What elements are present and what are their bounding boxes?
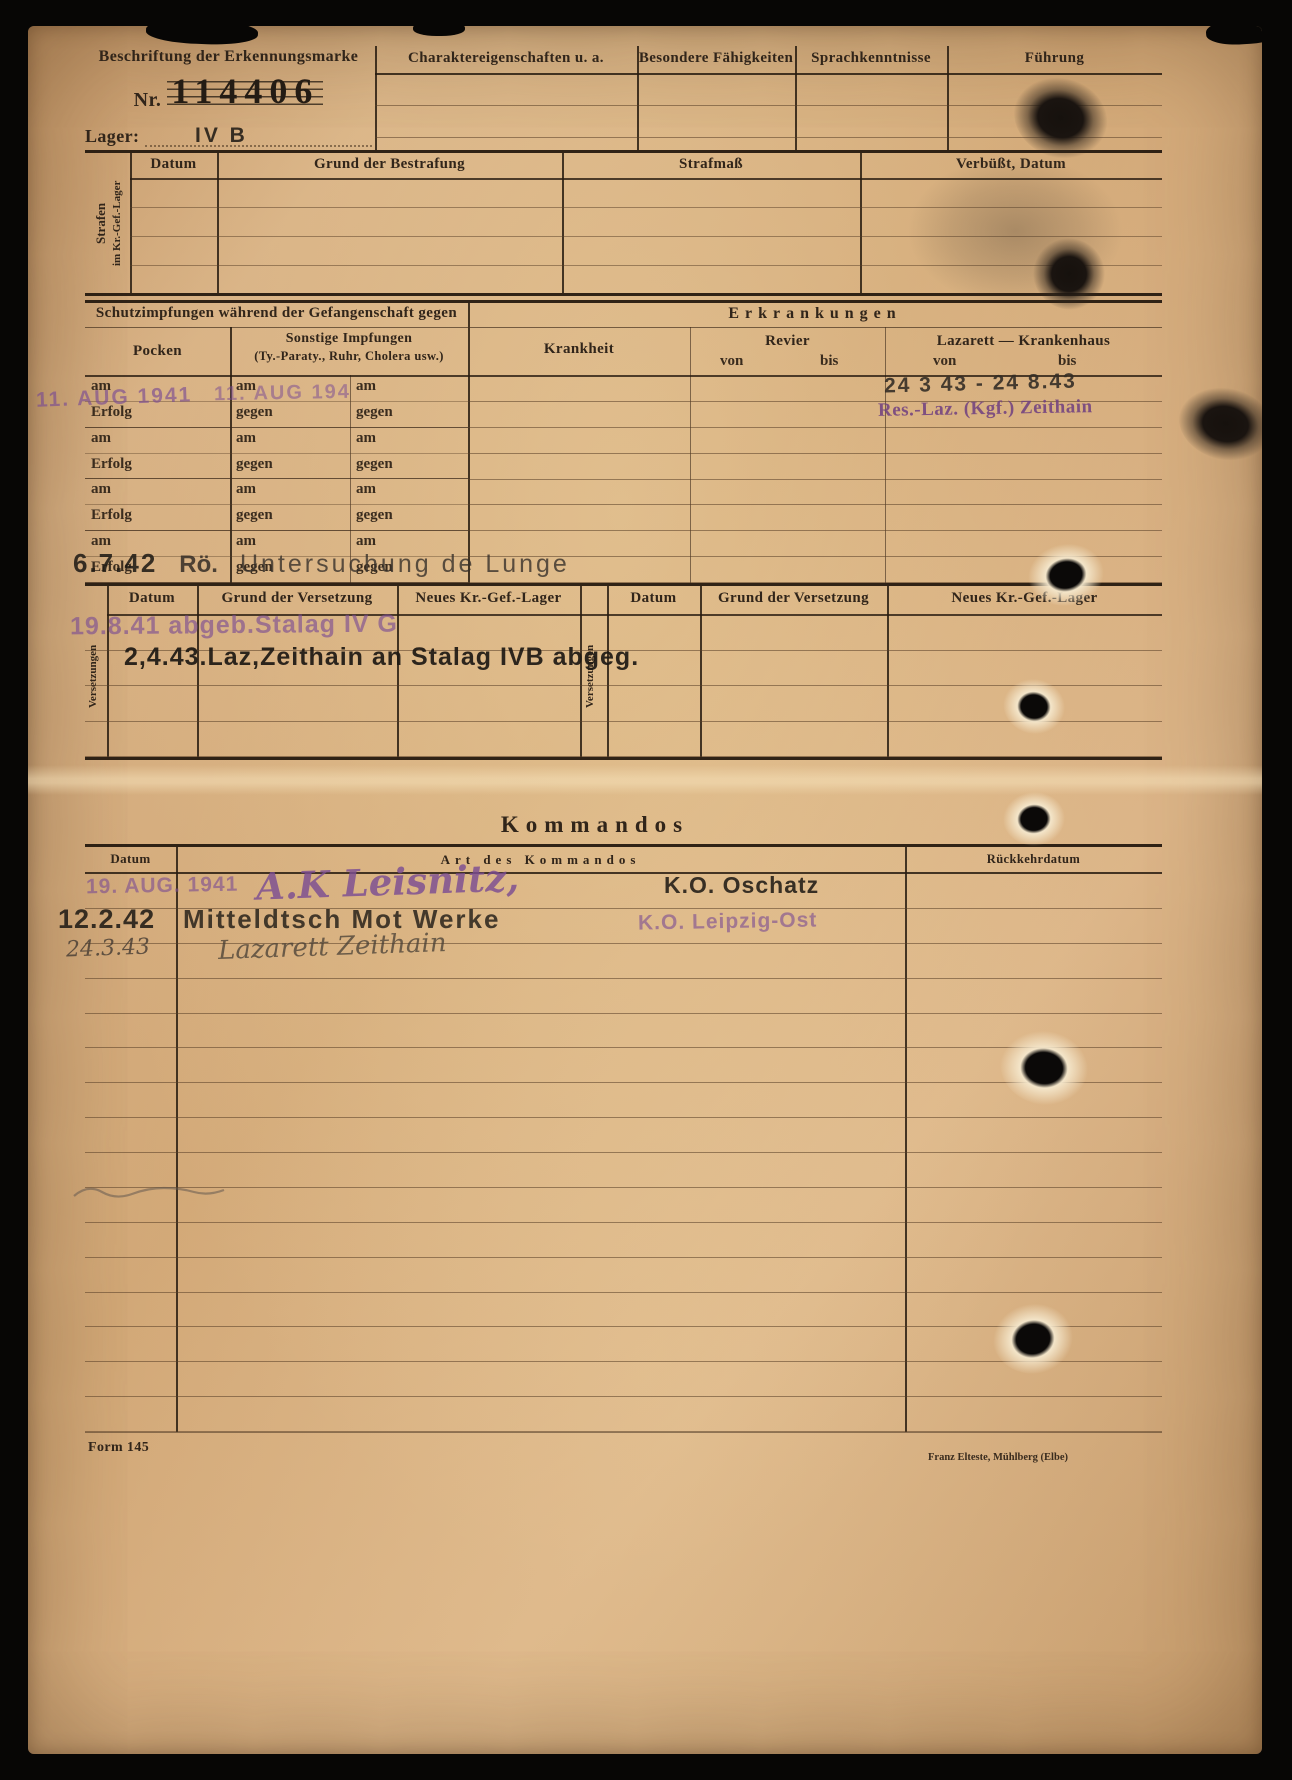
- empty-row: [85, 1153, 1162, 1188]
- revier-bis: bis: [820, 353, 838, 370]
- empty-row: [468, 428, 1162, 454]
- torn-edge-notch: [413, 26, 465, 36]
- empty-row: [85, 1188, 1162, 1223]
- tag-label: Beschriftung der Erkennungsmarke: [85, 48, 372, 66]
- camp-code-stamp: IV B: [195, 124, 248, 148]
- am-label: am: [91, 481, 111, 498]
- empty-row: [85, 1083, 1162, 1118]
- empty-row: [85, 686, 1162, 722]
- col-datum: Datum: [607, 590, 700, 607]
- col-grund-versetzung: Grund der Versetzung: [700, 590, 887, 607]
- col-fuehrung: Führung: [947, 50, 1162, 67]
- kommando-ko-1: K.O. Oschatz: [664, 872, 819, 899]
- pow-record-card: Beschriftung der Erkennungsmarke Nr. 114…: [28, 26, 1262, 1754]
- erkrankungen-table: Erkrankungen Krankheit Revier von bis La…: [468, 303, 1162, 583]
- pencil-scribble: [70, 1178, 230, 1208]
- col-neues-lager: Neues Kr.-Gef.-Lager: [397, 590, 580, 607]
- kommando-date-1: 19. AUG. 1941: [86, 873, 239, 900]
- col-datum: Datum: [85, 851, 176, 867]
- gegen-label: gegen: [236, 456, 273, 473]
- torn-edge-notch: [146, 26, 259, 46]
- impfungen-row-pair: am Erfolg am gegen am gegen: [85, 479, 468, 531]
- lazarett-bis: bis: [1058, 353, 1076, 370]
- impfungen-row-pair: am Erfolg am gegen am gegen: [85, 428, 468, 480]
- transfer-stamp-1941: 19.8.41 abgeb.Stalag IV G: [70, 610, 398, 642]
- gegen-label: gegen: [236, 404, 273, 421]
- kommando-date-3: 24.3.43: [66, 935, 151, 963]
- col-neues-lager: Neues Kr.-Gef.-Lager: [887, 590, 1162, 607]
- fold-crease: [28, 765, 1262, 795]
- lazarett-dates-entry: 24 3 43 - 24 8.43: [884, 369, 1077, 398]
- col-rueckkehrdatum: Rückkehrdatum: [905, 852, 1162, 867]
- transfer-entry-1943: 2,4.43.Laz,Zeithain an Stalag IVB abgeg.: [124, 643, 639, 672]
- col-grund-versetzung: Grund der Versetzung: [197, 590, 397, 607]
- empty-row: [85, 1258, 1162, 1293]
- col-besondere-faehigkeiten: Besondere Fähigkeiten: [637, 50, 795, 67]
- tag-header-box: Beschriftung der Erkennungsmarke Nr. 114…: [85, 48, 372, 150]
- am-label: am: [91, 430, 111, 447]
- torn-edge-notch: [1205, 26, 1262, 47]
- kommando-ko-2: K.O. Leipzig-Ost: [638, 908, 818, 935]
- xray-date: 6.7.42: [73, 548, 157, 579]
- empty-row: [85, 1362, 1162, 1397]
- col-strafmass: Strafmaß: [562, 156, 860, 173]
- tag-number: 114406: [167, 70, 323, 112]
- col-datum: Datum: [130, 156, 217, 173]
- empty-row: [468, 454, 1162, 480]
- empty-row: [85, 1397, 1162, 1432]
- am-label: am: [356, 430, 376, 447]
- gegen-label: gegen: [356, 404, 393, 421]
- kommando-name-2: Mitteldtsch Mot Werke: [183, 904, 500, 935]
- empty-row: [85, 722, 1162, 758]
- empty-row: [85, 1223, 1162, 1258]
- xray-entry: 6.7.42 Rö. Untersuchung de Lunge: [73, 548, 570, 579]
- erfolg-label: Erfolg: [91, 456, 132, 473]
- col-krankheit: Krankheit: [468, 341, 690, 358]
- kommandos-title: Kommandos: [28, 812, 1162, 838]
- xray-abbr: Rö.: [179, 551, 218, 579]
- revier-von: von: [720, 353, 743, 370]
- nr-label: Nr.: [134, 89, 162, 112]
- am-label: am: [236, 430, 256, 447]
- reserve-lazarett-stamp: Res.-Laz. (Kgf.) Zeithain: [878, 396, 1093, 422]
- gegen-label: gegen: [236, 507, 273, 524]
- col-grund-bestrafung: Grund der Bestrafung: [217, 156, 562, 173]
- strafen-side-label: Strafen im Kr.-Gef.-Lager: [85, 153, 130, 293]
- am-label: am: [356, 481, 376, 498]
- vaccination-date-stamp-2: 11. AUG 194: [214, 381, 351, 406]
- edge-dark-tear: [1172, 380, 1262, 467]
- kommando-date-2: 12.2.42: [58, 904, 155, 935]
- lager-blank-line: [145, 129, 372, 147]
- col-datum: Datum: [107, 590, 197, 607]
- empty-row: [85, 1014, 1162, 1049]
- col-sonstige-detail: (Ty.-Paraty., Ruhr, Cholera usw.): [230, 349, 468, 364]
- empty-row: [468, 505, 1162, 531]
- col-lazarett-krankenhaus: Lazarett — Krankenhaus: [885, 333, 1162, 350]
- impfungen-title: Schutzimpfungen während der Gefangenscha…: [85, 305, 468, 322]
- lazarett-von: von: [933, 353, 956, 370]
- col-sonstige-impfungen: Sonstige Impfungen: [230, 331, 468, 347]
- col-revier: Revier: [690, 333, 885, 350]
- col-pocken: Pocken: [85, 343, 230, 360]
- empty-row: [468, 480, 1162, 506]
- damage-hole: [1000, 789, 1067, 849]
- gegen-label: gegen: [356, 507, 393, 524]
- am-label: am: [236, 481, 256, 498]
- empty-row: [85, 979, 1162, 1014]
- lager-label: Lager:: [85, 126, 139, 147]
- gegen-label: gegen: [356, 456, 393, 473]
- printer-imprint: Franz Elteste, Mühlberg (Elbe): [928, 1452, 1068, 1463]
- empty-row: [85, 1118, 1162, 1153]
- col-sprachkenntnisse: Sprachkenntnisse: [795, 50, 947, 67]
- scan-background: { "colors": { "paper": "#d2a877", "ink":…: [0, 0, 1292, 1780]
- xray-text: Untersuchung de Lunge: [240, 550, 570, 579]
- impfungen-table: Schutzimpfungen während der Gefangenscha…: [85, 303, 468, 583]
- am-label: am: [356, 378, 376, 395]
- kommando-name-1: A.K Leisnitz,: [255, 855, 519, 908]
- col-charaktereigenschaften: Charaktereigenschaften u. a.: [375, 50, 637, 67]
- form-number: Form 145: [88, 1440, 149, 1456]
- erfolg-label: Erfolg: [91, 507, 132, 524]
